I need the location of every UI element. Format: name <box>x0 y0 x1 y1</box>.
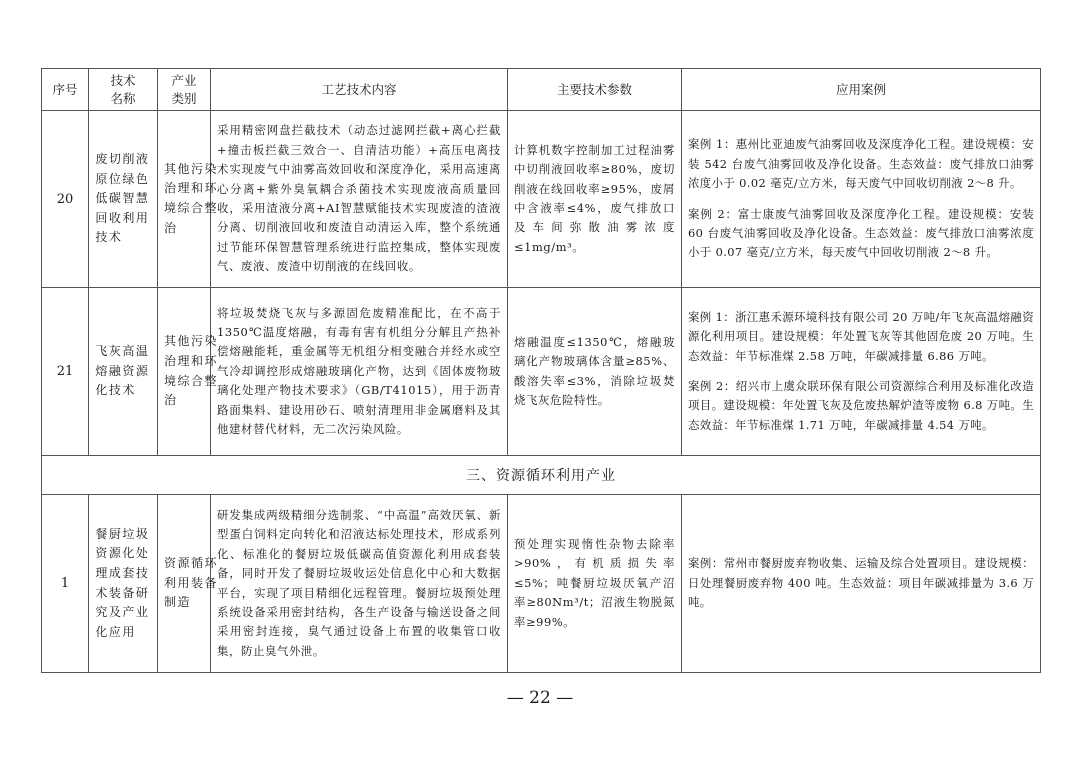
case-item: 案例 1：浙江惠禾源环境科技有限公司 20 万吨/年飞灰高温熔融资源化利用项目。… <box>688 308 1034 366</box>
technical-params: 计算机数字控制加工过程油雾中切削液回收率≥80%，废切削液在线回收率≥95%，废… <box>508 111 682 288</box>
process-content: 采用精密网盘拦截技术（动态过滤网拦截+离心拦截+撞击板拦截三效合一、自清洁功能）… <box>211 111 508 288</box>
section-title: 三、资源循环利用产业 <box>42 456 1041 495</box>
case-item: 案例 2：绍兴市上虞众联环保有限公司资源综合利用及标准化改造项目。建设规模：年处… <box>688 377 1034 435</box>
technology-name-text: 废切削液原位绿色低碳智慧回收利用技术 <box>95 150 150 248</box>
header-name: 技术 名称 <box>89 69 158 111</box>
header-category-line2: 类别 <box>158 90 210 108</box>
header-process: 工艺技术内容 <box>211 69 508 111</box>
technical-params: 熔融温度≤1350℃，熔融玻璃化产物玻璃体含量≥85%、酸溶失率≤3%，消除垃圾… <box>508 288 682 456</box>
header-no: 序号 <box>42 69 89 111</box>
table-header-row: 序号 技术 名称 产业 类别 工艺技术内容 主要技术参数 应用案例 <box>42 69 1041 111</box>
technology-name: 餐厨垃圾资源化处理成套技术装备研究及产业化应用 <box>89 495 158 673</box>
header-params: 主要技术参数 <box>508 69 682 111</box>
application-cases: 案例 1：浙江惠禾源环境科技有限公司 20 万吨/年飞灰高温熔融资源化利用项目。… <box>682 288 1041 456</box>
table-row: 21 飞灰高温熔融资源化技术 其他污染治理和环境综合整治 将垃圾焚烧飞灰与多源固… <box>42 288 1041 456</box>
industry-category: 其他污染治理和环境综合整治 <box>158 288 211 456</box>
technology-name-text: 餐厨垃圾资源化处理成套技术装备研究及产业化应用 <box>95 525 150 643</box>
process-content: 将垃圾焚烧飞灰与多源固危废精准配比，在不高于 1350℃温度熔融，有毒有害有机组… <box>211 288 508 456</box>
table-row: 1 餐厨垃圾资源化处理成套技术装备研究及产业化应用 资源循环利用装备制造 研发集… <box>42 495 1041 673</box>
section-header-row: 三、资源循环利用产业 <box>42 456 1041 495</box>
process-content: 研发集成两级精细分选制浆、“中高温”高效厌氧、新型蛋白饲料定向转化和沼液达标处理… <box>211 495 508 673</box>
case-item: 案例 2：富士康废气油雾回收及深度净化工程。建设规模：安装 60 台废气油雾回收… <box>688 205 1034 263</box>
technical-params: 预处理实现惰性杂物去除率>90%，有机质损失率≤5%；吨餐厨垃圾厌氧产沼率≥80… <box>508 495 682 673</box>
header-cases: 应用案例 <box>682 69 1041 111</box>
application-cases: 案例：常州市餐厨废弃物收集、运输及综合处置项目。建设规模：日处理餐厨废弃物 40… <box>682 495 1041 673</box>
technology-table: 序号 技术 名称 产业 类别 工艺技术内容 主要技术参数 应用案例 20 废切削… <box>41 68 1041 673</box>
page-number: — 22 — <box>0 688 1080 708</box>
header-category: 产业 类别 <box>158 69 211 111</box>
row-number: 21 <box>42 288 89 456</box>
table-row: 20 废切削液原位绿色低碳智慧回收利用技术 其他污染治理和环境综合整治 采用精密… <box>42 111 1041 288</box>
technology-name: 飞灰高温熔融资源化技术 <box>89 288 158 456</box>
industry-category: 资源循环利用装备制造 <box>158 495 211 673</box>
technology-name-text: 飞灰高温熔融资源化技术 <box>95 342 150 401</box>
industry-category: 其他污染治理和环境综合整治 <box>158 111 211 288</box>
header-category-line1: 产业 <box>158 72 210 90</box>
row-number: 20 <box>42 111 89 288</box>
header-name-line1: 技术 <box>89 72 157 90</box>
technology-name: 废切削液原位绿色低碳智慧回收利用技术 <box>89 111 158 288</box>
application-cases: 案例 1：惠州比亚迪废气油雾回收及深度净化工程。建设规模：安装 542 台废气油… <box>682 111 1041 288</box>
case-item: 案例：常州市餐厨废弃物收集、运输及综合处置项目。建设规模：日处理餐厨废弃物 40… <box>688 554 1034 612</box>
case-item: 案例 1：惠州比亚迪废气油雾回收及深度净化工程。建设规模：安装 542 台废气油… <box>688 135 1034 193</box>
header-name-line2: 名称 <box>89 90 157 108</box>
row-number: 1 <box>42 495 89 673</box>
